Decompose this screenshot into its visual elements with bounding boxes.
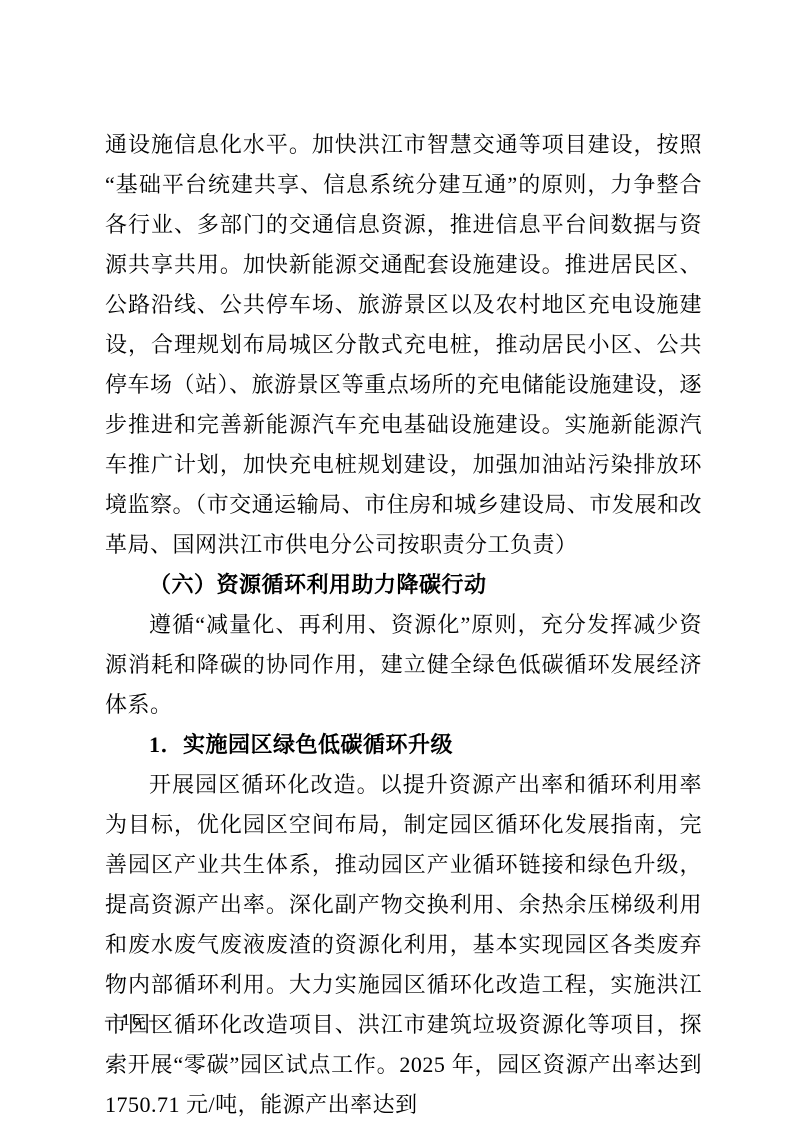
subsection-heading-park-upgrade: 1．实施园区绿色低碳循环升级	[105, 725, 702, 765]
page-number: – 16 –	[105, 1008, 160, 1032]
document-body: 通设施信息化水平。加快洪江市智慧交通等项目建设，按照“基础平台统建共享、信息系统…	[105, 125, 702, 1122]
document-page: 通设施信息化水平。加快洪江市智慧交通等项目建设，按照“基础平台统建共享、信息系统…	[0, 0, 793, 1122]
paragraph-park-circular-transformation: 开展园区循环化改造。以提升资源产出率和循环利用率为目标，优化园区空间布局，制定园…	[105, 765, 702, 1122]
section-heading-resource-recycling: （六）资源循环利用助力降碳行动	[105, 565, 702, 605]
paragraph-transport-infrastructure: 通设施信息化水平。加快洪江市智慧交通等项目建设，按照“基础平台统建共享、信息系统…	[105, 125, 702, 565]
paragraph-recycling-principles: 遵循“减量化、再利用、资源化”原则，充分发挥减少资源消耗和降碳的协同作用，建立健…	[105, 605, 702, 725]
